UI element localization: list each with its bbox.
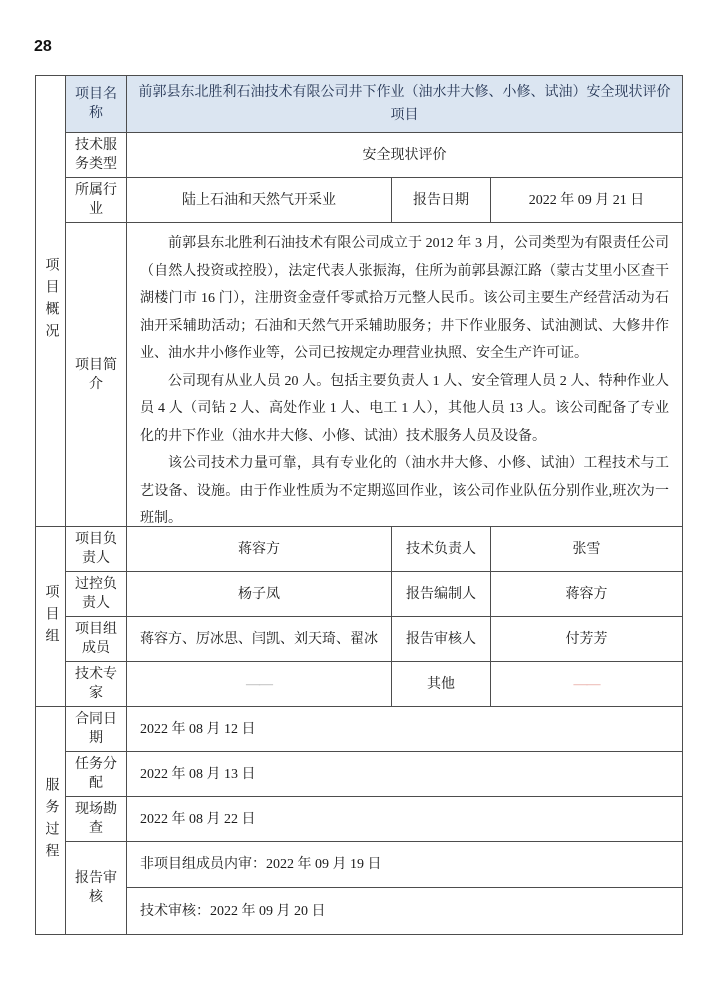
- report-reviewer-value: 付芳芳: [491, 617, 683, 662]
- contract-date-value: 2022 年 08 月 12 日: [127, 707, 683, 752]
- service-type-value: 安全现状评价: [127, 133, 683, 178]
- report-reviewer-label: 报告审核人: [392, 617, 491, 662]
- other-value-dash: ——: [491, 662, 683, 707]
- tech-leader-label: 技术负责人: [392, 527, 491, 572]
- contract-date-label: 合同日期: [66, 707, 127, 752]
- page-number: 28: [34, 38, 52, 56]
- intro-content: 前郭县东北胜利石油技术有限公司成立于 2012 年 3 月，公司类型为有限责任公…: [127, 223, 683, 527]
- report-review-internal: 非项目组成员内审：2022 年 09 月 19 日: [127, 842, 683, 888]
- report-date-value: 2022 年 09 月 21 日: [491, 178, 683, 223]
- process-control-label: 过控负责人: [66, 572, 127, 617]
- expert-label: 技术专家: [66, 662, 127, 707]
- report-review-technical: 技术审核：2022 年 09 月 20 日: [127, 888, 683, 935]
- report-author-label: 报告编制人: [392, 572, 491, 617]
- service-type-label: 技术服务类型: [66, 133, 127, 178]
- group-label-overview: 项目概况: [36, 76, 66, 527]
- industry-value: 陆上石油和天然气开采业: [127, 178, 392, 223]
- group-label-service-text: 服务过程: [36, 777, 66, 865]
- task-assignment-value: 2022 年 08 月 13 日: [127, 752, 683, 797]
- group-label-overview-text: 项目概况: [36, 257, 66, 345]
- site-survey-label: 现场勘查: [66, 797, 127, 842]
- project-leader-label: 项目负责人: [66, 527, 127, 572]
- intro-paragraph-1: 前郭县东北胜利石油技术有限公司成立于 2012 年 3 月，公司类型为有限责任公…: [140, 230, 669, 368]
- expert-value-dash: ——: [127, 662, 392, 707]
- project-name-value: 前郭县东北胜利石油技术有限公司井下作业（油水井大修、小修、试油）安全现状评价项目: [127, 76, 683, 133]
- site-survey-value: 2022 年 08 月 22 日: [127, 797, 683, 842]
- group-label-service: 服务过程: [36, 707, 66, 935]
- team-members-label: 项目组成员: [66, 617, 127, 662]
- group-label-team-text: 项目组: [36, 584, 66, 650]
- project-leader-value: 蒋容方: [127, 527, 392, 572]
- team-members-value: 蒋容方、厉冰思、闫凯、刘天琦、翟冰: [127, 617, 392, 662]
- group-label-team: 项目组: [36, 527, 66, 707]
- task-assignment-label: 任务分配: [66, 752, 127, 797]
- intro-paragraph-3: 该公司技术力量可靠，具有专业化的（油水井大修、小修、试油）工程技术与工艺设备、设…: [140, 450, 669, 527]
- industry-label: 所属行业: [66, 178, 127, 223]
- other-label: 其他: [392, 662, 491, 707]
- report-review-label: 报告审核: [66, 842, 127, 935]
- project-name-label: 项目名称: [66, 76, 127, 133]
- tech-leader-value: 张雪: [491, 527, 683, 572]
- report-author-value: 蒋容方: [491, 572, 683, 617]
- intro-label: 项目简介: [66, 223, 127, 527]
- report-date-label: 报告日期: [392, 178, 491, 223]
- process-control-value: 杨子凤: [127, 572, 392, 617]
- project-info-table: 项目概况 项目名称 前郭县东北胜利石油技术有限公司井下作业（油水井大修、小修、试…: [35, 75, 683, 935]
- intro-paragraph-2: 公司现有从业人员 20 人。包括主要负责人 1 人、安全管理人员 2 人、特种作…: [140, 368, 669, 451]
